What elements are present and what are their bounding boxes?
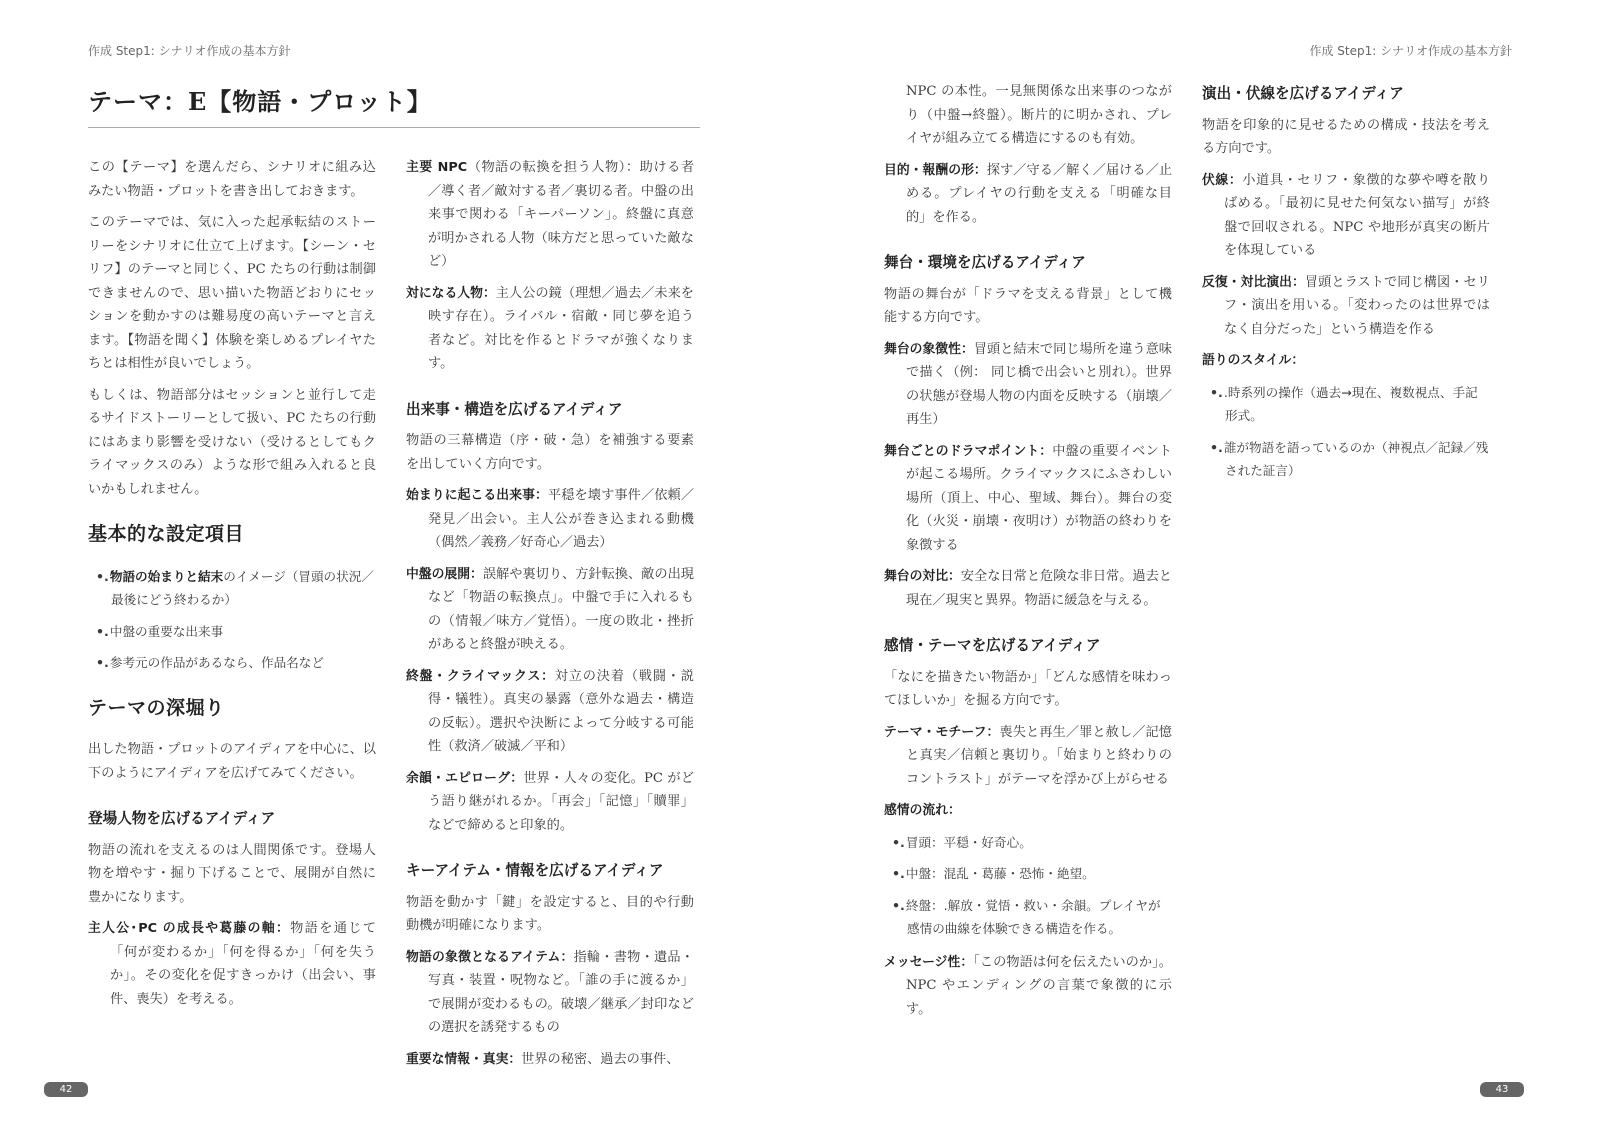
right-column-2: 演出・伏線を広げるアイディア 物語を印象的に見せるための構成・技法を考える方向で… [1202,80,1490,493]
term-entry: 中盤の展開：誤解や裏切り、方針転換、敵の出現など「物語の転換点」。中盤で手に入れ… [406,563,694,657]
term-entry: 余韻・エピローグ：世界・人々の変化。PC がどう語り継がれるか。「再会」「記憶」… [406,767,694,838]
list-item: 冒頭：平穏・好奇心。 [892,831,1172,855]
term-label: 反復・対比演出： [1202,275,1305,290]
list-item: 物語の始まりと結末のイメージ（冒頭の状況／最後にどう終わるか） [96,565,376,612]
list-item: 参考元の作品があるなら、作品名など [96,651,376,675]
term-label: 対になる人物： [406,286,496,301]
term-desc: 世界の秘密、過去の事件、 [521,1052,679,1067]
left-page: 作成 Step1: シナリオ作成の基本方針 テーマ：E【物語・プロット】 この【… [0,0,800,1130]
narrative-style-label: 語りのスタイル： [1202,353,1304,368]
right-page: 作成 Step1: シナリオ作成の基本方針 NPC の本性。一見無関係な出来事の… [800,0,1600,1130]
key-items-intro: 物語を動かす「鍵」を設定すると、目的や行動動機が明確になります。 [406,891,694,938]
term-label: 舞台の対比： [884,569,961,584]
narrative-style-list: .時系列の操作（過去→現在、複数視点、手記形式。 誰が物語を語っているのか（神視… [1210,381,1490,483]
list-item: 誰が物語を語っているのか（神視点／記録／残された証言） [1210,436,1490,483]
book-spread: 作成 Step1: シナリオ作成の基本方針 テーマ：E【物語・プロット】 この【… [0,0,1600,1130]
term-label: 主要 NPC [406,160,467,175]
page-number-right: 43 [1480,1082,1524,1097]
events-intro: 物語の三幕構造（序・破・急）を補強する要素を出していく方向です。 [406,429,694,476]
list-item-bold: 物語の始まりと結末 [110,569,223,584]
term-label: 中盤の展開： [406,567,483,582]
events-heading: 出来事・構造を広げるアイディア [406,398,694,422]
term-label: テーマ・モチーフ： [884,725,999,740]
term-entry: 舞台の象徴性：冒頭と結末で同じ場所を違う意味で描く（例： 同じ橋で出会いと別れ）… [884,338,1172,432]
left-column-2: 主要 NPC（物語の転換を担う人物）：助ける者／導く者／敵対する者／裏切る者。中… [406,156,694,1079]
list-item: 中盤：混乱・葛藤・恐怖・絶望。 [892,862,1172,886]
term-entry: 物語の象徴となるアイテム：指輪・書物・遺品・写真・装置・呪物など。「誰の手に渡る… [406,946,694,1040]
term-entry: 終盤・クライマックス：対立の決着（戦闘・説得・犠牲）。真実の暴露（意外な過去・構… [406,665,694,759]
term-entry: 対になる人物：主人公の鏡（理想／過去／未来を映す存在）。ライバル・宿敵・同じ夢を… [406,282,694,376]
term-label: 舞台ごとのドラマポイント： [884,444,1052,459]
term-entry: 舞台ごとのドラマポイント：中盤の重要イベントが起こる場所。クライマックスにふさわ… [884,440,1172,558]
narrative-style-label-line: 語りのスタイル： [1202,349,1490,373]
emotion-intro: 「なにを描きたい物語か」「どんな感情を味わってほしいか」を掘る方向です。 [884,666,1172,713]
basic-settings-heading: 基本的な設定項目 [88,523,376,547]
right-column-1: NPC の本性。一見無関係な出来事のつながり（中盤→終盤）。断片的に明かされ、プ… [884,80,1172,1029]
term-entry: テーマ・モチーフ：喪失と再生／罪と赦し／記憶と真実／信頼と裏切り。「始まりと終わ… [884,721,1172,792]
term-entry: 主人公･PC の成長や葛藤の軸：物語を通じて「何が変わるか」「何を得るか」「何を… [88,917,376,1011]
direction-intro: 物語を印象的に見せるための構成・技法を考える方向です。 [1202,114,1490,161]
characters-intro: 物語の流れを支えるのは人間関係です。登場人物を増やす・掘り下げることで、展開が自… [88,839,376,910]
term-label: 終盤・クライマックス： [406,669,555,684]
term-desc: 中盤の重要イベントが起こる場所。クライマックスにふさわしい場所（頂上、中心、聖域… [906,444,1172,553]
term-desc: 小道具・セリフ・象徴的な夢や噂を散りばめる。「最初に見せた何気ない描写」が終盤で… [1224,173,1490,259]
term-label: 伏線： [1202,173,1242,188]
term-entry: 舞台の対比：安全な日常と危険な非日常。過去と現在／現実と異界。物語に緩急を与える… [884,565,1172,612]
page-title: テーマ：E【物語・プロット】 [88,82,700,128]
list-item: 終盤：.解放・覚悟・救い・余韻。プレイヤが感情の曲線を体験できる構造を作る。 [892,894,1172,941]
term-entry: 伏線：小道具・セリフ・象徴的な夢や噂を散りばめる。「最初に見せた何気ない描写」が… [1202,169,1490,263]
term-entry: 重要な情報・真実：世界の秘密、過去の事件、 [406,1048,694,1072]
deep-dive-heading: テーマの深堀り [88,697,376,721]
intro-paragraph: この【テーマ】を選んだら、シナリオに組み込みたい物語・プロットを書き出しておきま… [88,156,376,203]
term-entry: 目的・報酬の形：探す／守る／解く／届ける／止める。プレイヤの行動を支える「明確な… [884,159,1172,230]
term-entry: 主要 NPC（物語の転換を担う人物）：助ける者／導く者／敵対する者／裏切る者。中… [406,156,694,274]
characters-heading: 登場人物を広げるアイディア [88,807,376,831]
term-label: 物語の象徴となるアイテム： [406,950,574,965]
left-column-1: この【テーマ】を選んだら、シナリオに組み込みたい物語・プロットを書き出しておきま… [88,156,376,1019]
term-entry: 始まりに起こる出来事：平穏を壊す事件／依頼／発見／出会い。主人公が巻き込まれる動… [406,484,694,555]
intro-paragraph: もしくは、物語部分はセッションと並行して走るサイドストーリーとして扱い、PC た… [88,384,376,502]
intro-paragraph: このテーマでは、気に入った起承転結のストーリーをシナリオに仕立て上げます。【シー… [88,211,376,376]
list-item: .時系列の操作（過去→現在、複数視点、手記形式。 [1210,381,1490,428]
term-entry: 反復・対比演出：冒頭とラストで同じ構図・セリフ・演出を用いる。「変わったのは世界… [1202,271,1490,342]
list-item-text: 参考元の作品があるなら、作品名など [110,655,324,670]
term-label: 余韻・エピローグ： [406,771,523,786]
deep-dive-text: 出した物語・プロットのアイディアを中心に、以下のようにアイディアを広げてみてくだ… [88,738,376,785]
term-label: 舞台の象徴性： [884,342,974,357]
key-items-heading: キーアイテム・情報を広げるアイディア [406,859,694,883]
list-item-text: 中盤の重要な出来事 [110,624,223,639]
term-desc: （物語の転換を担う人物）：助ける者／導く者／敵対する者／裏切る者。中盤の出来事で… [428,160,694,269]
emotion-heading: 感情・テーマを広げるアイディア [884,634,1172,658]
page-number-left: 42 [44,1082,88,1097]
continued-text: NPC の本性。一見無関係な出来事のつながり（中盤→終盤）。断片的に明かされ、プ… [884,80,1172,151]
term-label: 主人公･PC の成長や葛藤の軸： [88,921,290,936]
running-head-left: 作成 Step1: シナリオ作成の基本方針 [88,42,291,59]
term-label: 始まりに起こる出来事： [406,488,548,503]
list-item: 中盤の重要な出来事 [96,620,376,644]
emotion-flow-list: 冒頭：平穏・好奇心。 中盤：混乱・葛藤・恐怖・絶望。 終盤：.解放・覚悟・救い・… [892,831,1172,941]
term-label: メッセージ性： [884,955,973,970]
running-head-right: 作成 Step1: シナリオ作成の基本方針 [1309,42,1512,59]
term-label: 重要な情報・真実： [406,1052,521,1067]
stage-heading: 舞台・環境を広げるアイディア [884,251,1172,275]
direction-heading: 演出・伏線を広げるアイディア [1202,82,1490,106]
term-label: 目的・報酬の形： [884,163,987,178]
emotion-flow-label: 感情の流れ： [884,803,961,818]
term-entry: メッセージ性：「この物語は何を伝えたいのか」。NPC やエンディングの言葉で象徴… [884,951,1172,1022]
stage-intro: 物語の舞台が「ドラマを支える背景」として機能する方向です。 [884,283,1172,330]
basic-settings-list: 物語の始まりと結末のイメージ（冒頭の状況／最後にどう終わるか） 中盤の重要な出来… [96,565,376,675]
emotion-flow-label-line: 感情の流れ： [884,799,1172,823]
